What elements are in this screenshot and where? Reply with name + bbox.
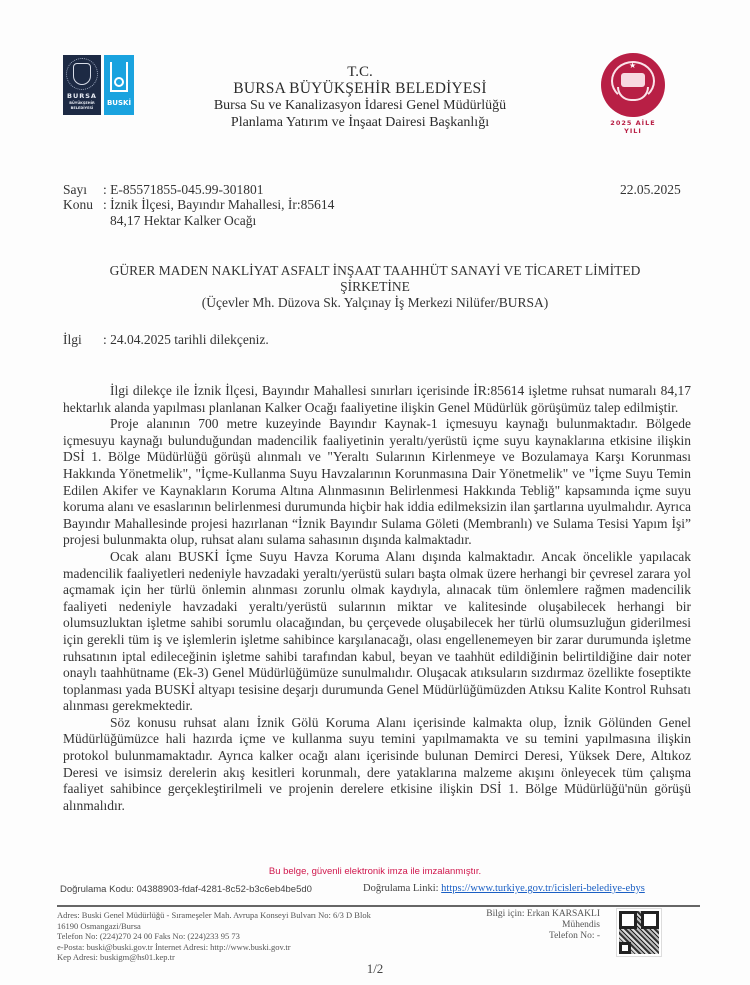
recipient-address: (Üçevler Mh. Düzova Sk. Yalçınay İş Merk… <box>60 295 690 311</box>
family-year-logo: ★ 2025 AİLE YILI <box>601 53 665 117</box>
family-icon <box>621 73 645 87</box>
email-line: e-Posta: buski@buski.gov.tr İnternet Adr… <box>57 942 371 953</box>
hands-icon <box>617 87 649 101</box>
header-directorate: Bursa Su ve Kanalizasyon İdaresi Genel M… <box>150 98 570 114</box>
letter-body: İlgi dilekçe ile İznik İlçesi, Bayındır … <box>63 383 691 814</box>
kep-line: Kep Adresi: buskigm@hs01.kep.tr <box>57 952 371 963</box>
subject-continuation: 84,17 Hektar Kalker Ocağı <box>110 213 256 229</box>
water-drop-icon <box>114 77 124 87</box>
recipient-name-cont: ŞİRKETİNE <box>60 279 690 295</box>
qr-code-icon <box>617 909 661 956</box>
header-tc: T.C. <box>150 64 570 81</box>
konu-value: : İznik İlçesi, Bayındır Mahallesi, İr:8… <box>103 197 334 212</box>
ilgi-label: İlgi <box>63 332 103 348</box>
sayi-label: Sayı <box>63 182 103 198</box>
header-department: Planlama Yatırım ve İnşaat Dairesi Başka… <box>150 115 570 131</box>
address-line: Adres: Buski Genel Müdürlüğü - Sırameşel… <box>57 910 371 921</box>
phone-line: Telefon No: (224)270 24 00 Faks No: (224… <box>57 931 371 942</box>
address-line: 16190 Osmangazi/Bursa <box>57 921 371 932</box>
page-number: 1/2 <box>350 961 400 977</box>
logo-subtext: BÜYÜKŞEHİR <box>63 101 101 105</box>
body-paragraph: Söz konusu ruhsat alanı İznik Gölü Korum… <box>63 715 691 815</box>
buski-logo: BUSKİ <box>104 55 134 115</box>
footer-divider <box>57 905 700 907</box>
subject: Konu: İznik İlçesi, Bayındır Mahallesi, … <box>63 197 334 213</box>
verification-code: Doğrulama Kodu: 04388903-fdaf-4281-8c52-… <box>60 884 312 895</box>
logo-text: BURSA <box>63 92 101 100</box>
body-paragraph: Proje alanının 700 metre kuzeyinde Bayın… <box>63 416 691 549</box>
reference: İlgi: 24.04.2025 tarihli dilekçeniz. <box>63 332 269 348</box>
ilgi-value: : 24.04.2025 tarihli dilekçeniz. <box>103 332 269 347</box>
verification-link-row: Doğrulama Linki: https://www.turkiye.gov… <box>363 883 645 894</box>
sayi-value: : E-85571855-045.99-301801 <box>103 182 263 197</box>
verification-link[interactable]: https://www.turkiye.gov.tr/icisleri-bele… <box>441 883 645 894</box>
document-date: 22.05.2025 <box>620 182 681 198</box>
document-number: Sayı: E-85571855-045.99-301801 <box>63 182 263 198</box>
verification-link-label: Doğrulama Linki: <box>363 883 439 894</box>
buski-logo-text: BUSKİ <box>104 99 134 107</box>
crest-icon <box>73 63 91 85</box>
contact-address: Adres: Buski Genel Müdürlüğü - Sırameşel… <box>57 910 371 963</box>
info-title: Mühendis <box>430 920 600 931</box>
document-page: BURSA BÜYÜKŞEHİR BELEDİYESİ BUSKİ T.C. B… <box>0 0 750 985</box>
family-year-text: 2025 AİLE YILI <box>601 119 665 135</box>
logo-subtext: BELEDİYESİ <box>63 106 101 110</box>
info-contact-name: Bilgi için: Erkan KARSAKLI <box>430 909 600 920</box>
info-phone: Telefon No: - <box>430 931 600 942</box>
star-icon: ★ <box>629 61 636 70</box>
esignature-notice: Bu belge, güvenli elektronik imza ile im… <box>0 866 750 877</box>
header-municipality: BURSA BÜYÜKŞEHİR BELEDİYESİ <box>150 80 570 98</box>
body-paragraph: Ocak alanı BUSKİ İçme Suyu Havza Koruma … <box>63 549 691 715</box>
contact-info: Bilgi için: Erkan KARSAKLI Mühendis Tele… <box>430 909 600 942</box>
body-paragraph: İlgi dilekçe ile İznik İlçesi, Bayındır … <box>63 383 691 416</box>
recipient-name: GÜRER MADEN NAKLİYAT ASFALT İNŞAAT TAAHH… <box>60 263 690 279</box>
bursa-municipality-logo: BURSA BÜYÜKŞEHİR BELEDİYESİ <box>63 55 101 115</box>
konu-label: Konu <box>63 197 103 213</box>
